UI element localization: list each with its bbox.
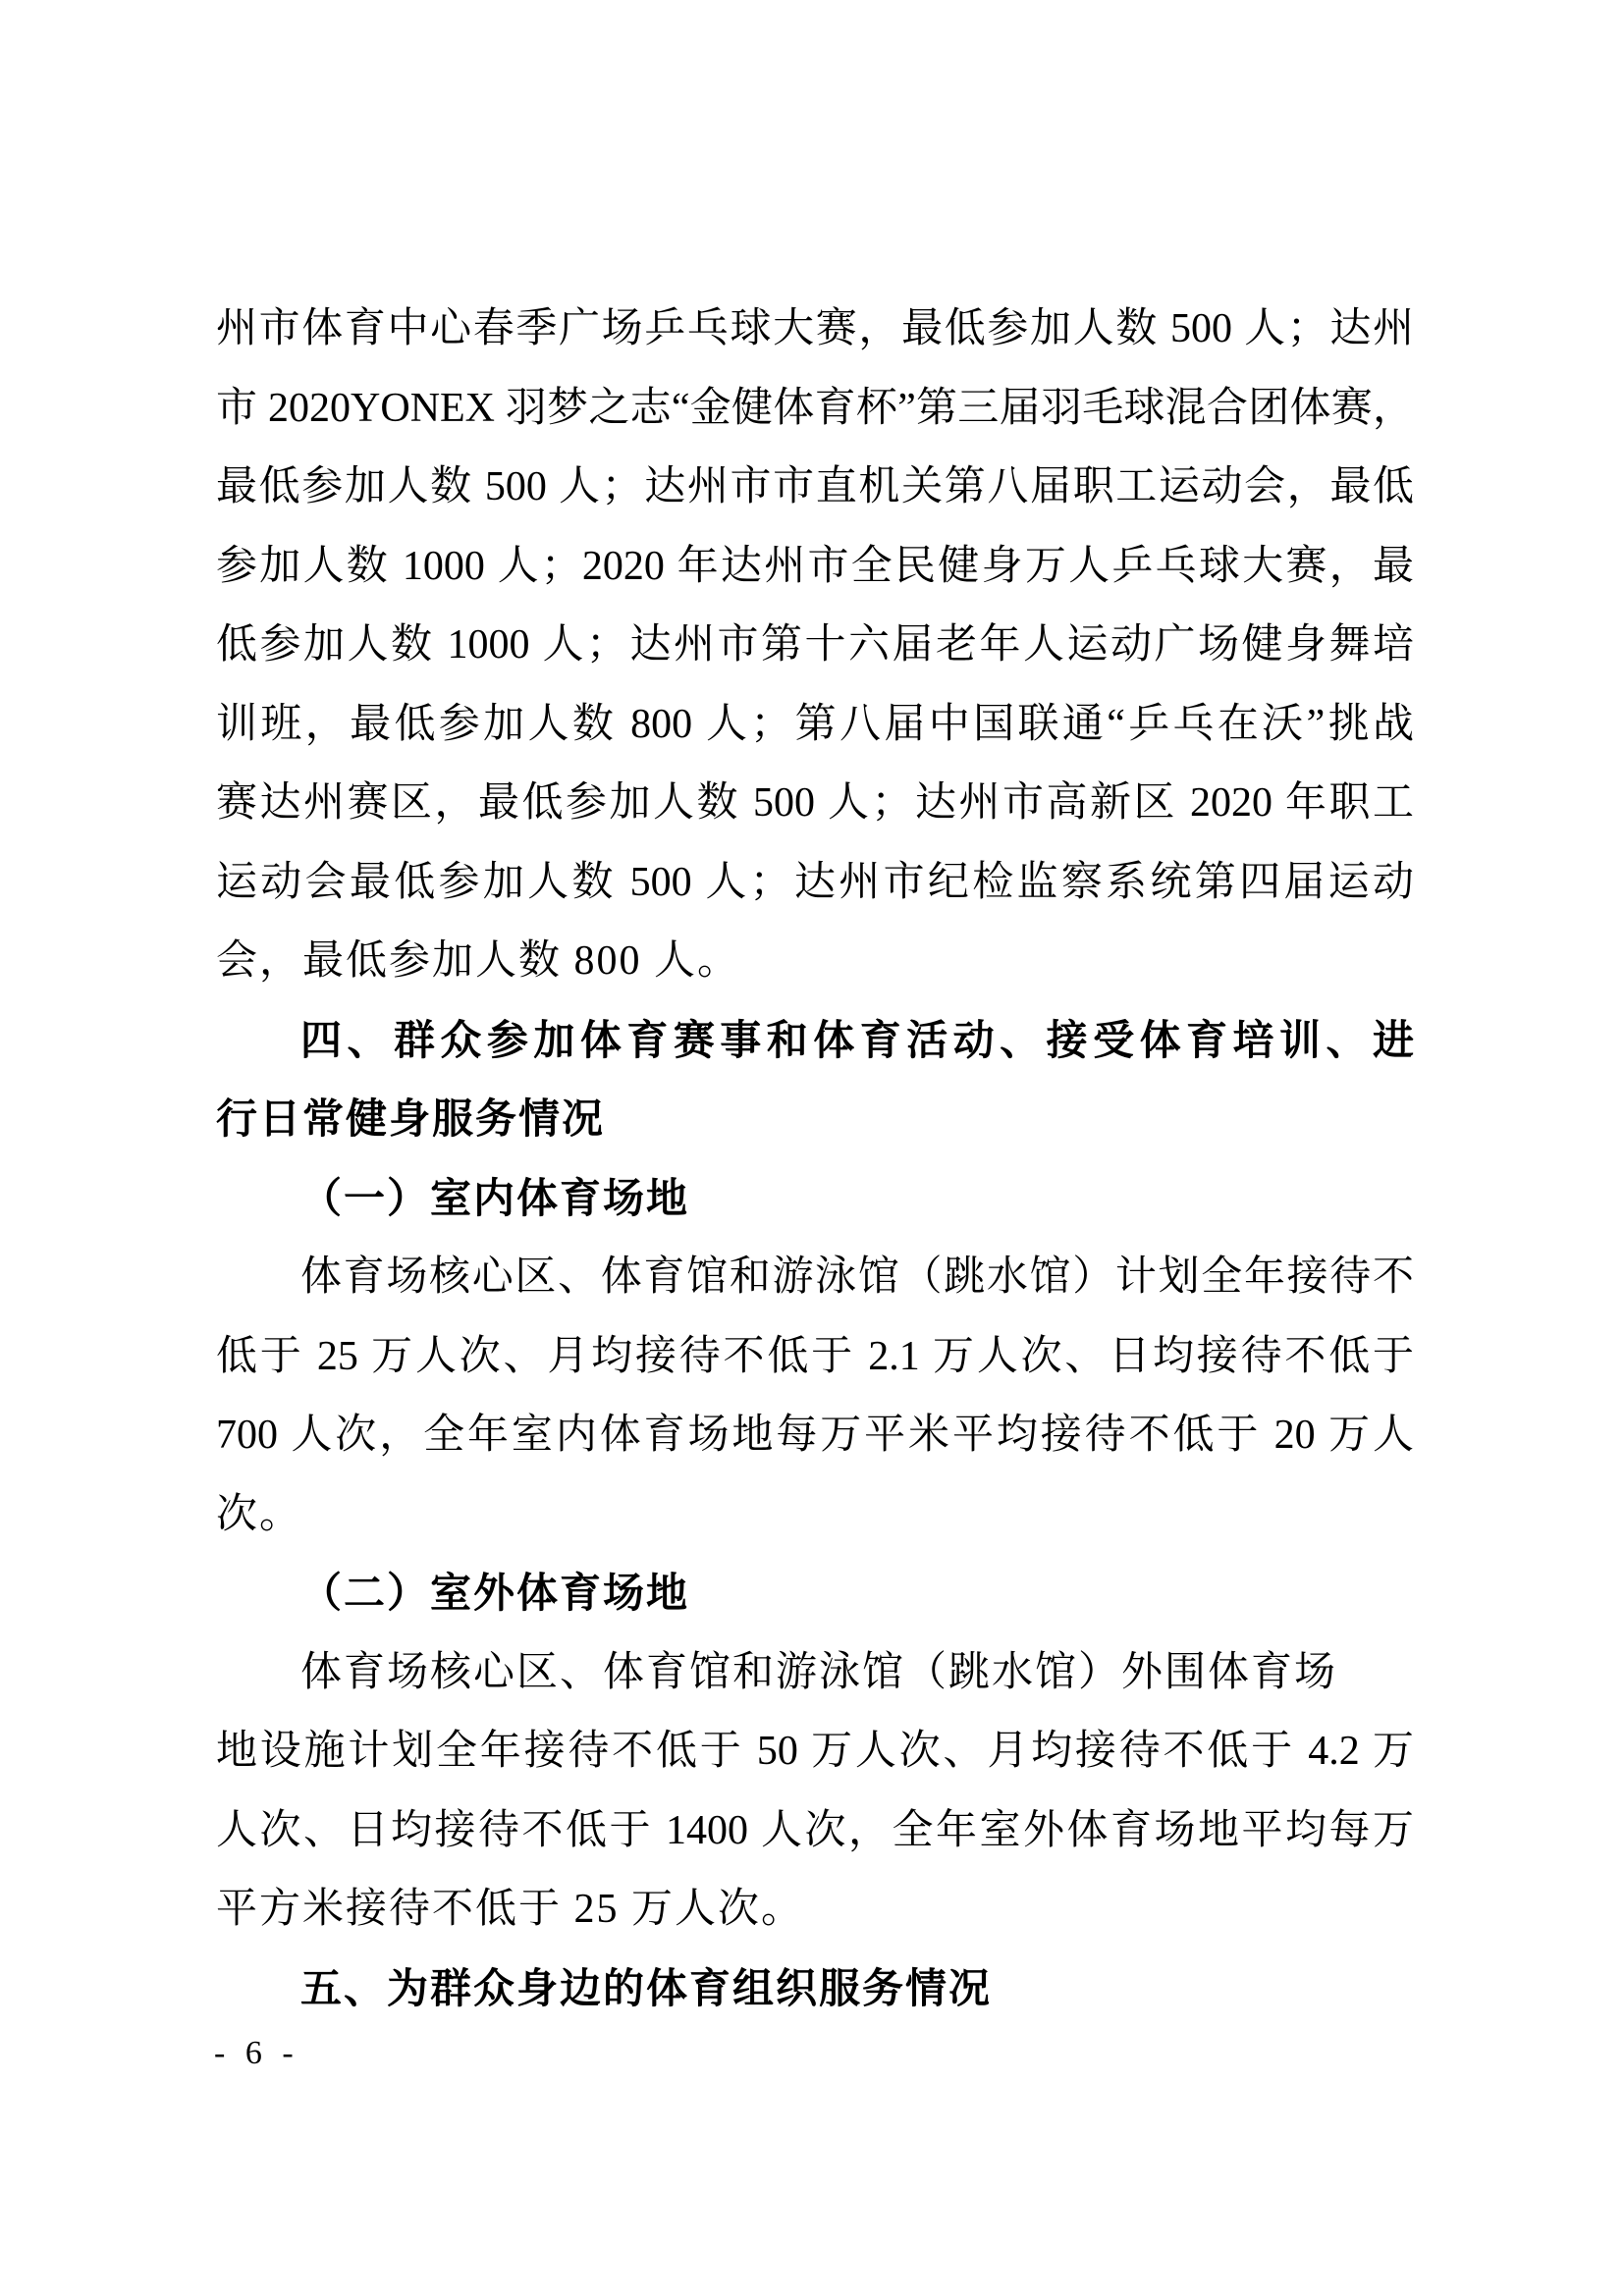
body-line: 州市体育中心春季广场乒乓球大赛，最低参加人数 500 人；达州 [216, 290, 1414, 369]
body-line: 低于 25 万人次、月均接待不低于 2.1 万人次、日均接待不低于 [216, 1317, 1414, 1397]
body-line: 最低参加人数 500 人；达州市市直机关第八届职工运动会，最低 [216, 448, 1414, 527]
section-heading-four-line2: 行日常健身服务情况 [216, 1080, 1414, 1159]
subsection-heading-two: （二）室外体育场地 [216, 1554, 1414, 1633]
body-line: 人次、日均接待不低于 1400 人次，全年室外体育场地平均每万 [216, 1791, 1414, 1871]
body-line: 地设施计划全年接待不低于 50 万人次、月均接待不低于 4.2 万 [216, 1712, 1414, 1791]
body-line: 平方米接待不低于 25 万人次。 [216, 1870, 1414, 1949]
document-page: 州市体育中心春季广场乒乓球大赛，最低参加人数 500 人；达州 市 2020YO… [0, 0, 1624, 2296]
body-line: 体育场核心区、体育馆和游泳馆（跳水馆）外围体育场 [216, 1633, 1414, 1713]
body-line: 700 人次，全年室内体育场地每万平米平均接待不低于 20 万人 [216, 1396, 1414, 1475]
section-heading-five: 五、为群众身边的体育组织服务情况 [216, 1949, 1414, 2029]
page-number: - 6 - [214, 2034, 294, 2073]
body-line: 次。 [216, 1475, 1414, 1555]
body-line: 训班，最低参加人数 800 人；第八届中国联通“乒乓在沃”挑战 [216, 685, 1414, 765]
body-line: 运动会最低参加人数 500 人；达州市纪检监察系统第四届运动 [216, 843, 1414, 923]
body-line: 低参加人数 1000 人；达州市第十六届老年人运动广场健身舞培 [216, 606, 1414, 685]
body-line: 体育场核心区、体育馆和游泳馆（跳水馆）计划全年接待不 [216, 1238, 1414, 1317]
subsection-heading-one: （一）室内体育场地 [216, 1159, 1414, 1239]
document-body: 州市体育中心春季广场乒乓球大赛，最低参加人数 500 人；达州 市 2020YO… [216, 290, 1414, 2028]
body-line: 赛达州赛区，最低参加人数 500 人；达州市高新区 2020 年职工 [216, 764, 1414, 843]
section-heading-four-line1: 四、群众参加体育赛事和体育活动、接受体育培训、进 [216, 1001, 1414, 1081]
body-line: 参加人数 1000 人；2020 年达州市全民健身万人乒乓球大赛，最 [216, 527, 1414, 607]
body-line: 会，最低参加人数 800 人。 [216, 922, 1414, 1001]
body-line: 市 2020YONEX 羽梦之志“金健体育杯”第三届羽毛球混合团体赛， [216, 369, 1414, 449]
